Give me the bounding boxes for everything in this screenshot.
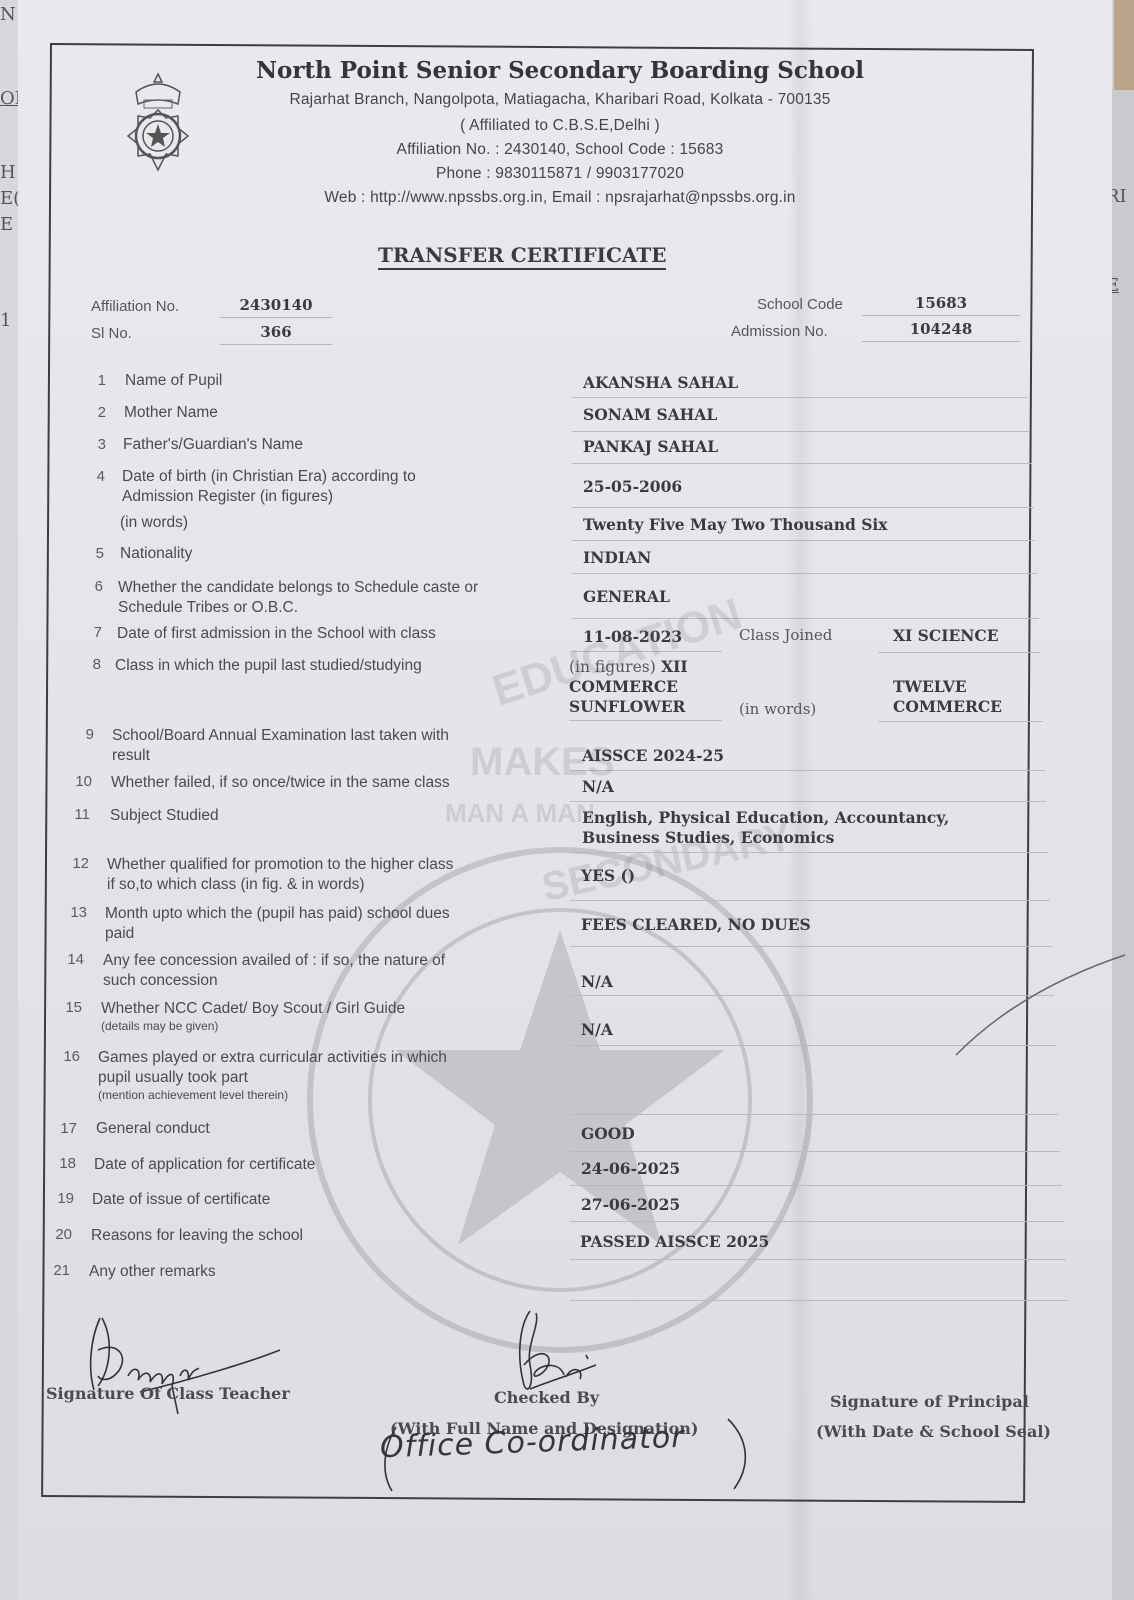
principal-signature-subtitle: (With Date & School Seal)	[816, 1422, 1051, 1441]
item-label-father-name: Father's/Guardian's Name	[123, 435, 303, 455]
value-class-joined: XI SCIENCE	[893, 626, 999, 646]
field-line	[570, 1045, 1056, 1046]
school-code-value: 15683	[862, 294, 1020, 316]
value-last-class-words: TWELVE COMMERCE	[893, 677, 1002, 717]
field-line	[570, 1185, 1062, 1186]
item-number: 8	[77, 656, 101, 673]
item-number: 4	[81, 468, 105, 485]
field-line	[878, 652, 1040, 653]
item-number: 5	[80, 545, 104, 562]
field-line	[570, 1300, 1068, 1301]
edge-text: E	[0, 214, 13, 235]
field-line	[570, 1259, 1066, 1260]
table-surface	[1114, 0, 1134, 90]
sl-no-label: Sl No.	[91, 325, 132, 342]
school-phone: Phone : 9830115871 / 9903177020	[200, 165, 920, 183]
edge-text: N	[0, 4, 16, 25]
item-label-category: Whether the candidate belongs to Schedul…	[118, 578, 478, 618]
item-number: 12	[65, 855, 89, 872]
in-words-label: (in words)	[739, 699, 816, 719]
admission-no-value: 104248	[862, 320, 1020, 342]
class-joined-label: Class Joined	[739, 625, 832, 645]
item-number: 11	[66, 806, 90, 823]
value-mother-name: SONAM SAHAL	[583, 405, 717, 425]
item-number: 15	[58, 999, 82, 1016]
checked-by-label: Checked By	[494, 1388, 599, 1407]
school-web-email: Web : http://www.npssbs.org.in, Email : …	[200, 189, 920, 207]
school-crest-star-icon	[122, 70, 194, 175]
field-line	[572, 431, 1030, 432]
item-label-last-exam: School/Board Annual Examination last tak…	[112, 726, 449, 766]
principal-signature-label: Signature of Principal	[830, 1392, 1029, 1411]
item-number: 9	[70, 726, 94, 743]
value-last-exam: AISSCE 2024-25	[582, 746, 724, 766]
value-category: GENERAL	[583, 587, 670, 607]
field-line	[570, 995, 1054, 996]
school-name: North Point Senior Secondary Boarding Sc…	[200, 57, 920, 84]
field-line	[569, 720, 722, 721]
field-line	[570, 770, 1045, 771]
item-label-mother-name: Mother Name	[124, 403, 218, 423]
value-promotion: YES ()	[581, 866, 635, 886]
item-label-other-remarks: Any other remarks	[89, 1262, 216, 1282]
item-number: 19	[50, 1190, 74, 1207]
item-label-issue-date: Date of issue of certificate	[92, 1190, 270, 1210]
item-label-fee-concession: Any fee concession availed of : if so, t…	[103, 951, 445, 991]
value-reason-leaving: PASSED AISSCE 2025	[580, 1232, 769, 1252]
field-line	[570, 1151, 1060, 1152]
value-name-of-pupil: AKANSHA SAHAL	[583, 373, 738, 393]
item-label-dob-words: (in words)	[120, 513, 188, 533]
value-dob-words: Twenty Five May Two Thousand Six	[583, 515, 888, 535]
item-number: 21	[46, 1262, 70, 1279]
field-line	[570, 900, 1050, 901]
value-ncc-scout: N/A	[581, 1020, 613, 1040]
field-line	[572, 573, 1037, 574]
school-affiliation-line: Affiliation No. : 2430140, School Code :…	[200, 141, 920, 159]
affiliation-no-label: Affiliation No.	[91, 298, 179, 315]
item-label-games-activities: Games played or extra curricular activit…	[98, 1048, 447, 1103]
edge-text: 1	[0, 310, 11, 331]
item-label-date-of-birth: Date of birth (in Christian Era) accordi…	[122, 467, 416, 507]
field-line	[570, 946, 1052, 947]
item-number: 10	[68, 773, 92, 790]
value-issue-date: 27-06-2025	[581, 1195, 680, 1215]
field-line	[570, 801, 1046, 802]
admission-no-label: Admission No.	[731, 323, 828, 340]
item-label-application-date: Date of application for certificate	[94, 1155, 315, 1175]
school-affiliation-board: ( Affiliated to C.B.S.E,Delhi )	[200, 117, 920, 135]
field-line	[878, 721, 1043, 722]
value-application-date: 24-06-2025	[581, 1159, 680, 1179]
field-line	[570, 852, 1048, 853]
field-line	[572, 651, 722, 652]
field-line	[572, 397, 1027, 398]
item-number: 17	[53, 1120, 77, 1137]
value-nationality: INDIAN	[583, 548, 651, 568]
value-fee-concession: N/A	[581, 972, 613, 992]
field-line	[572, 540, 1035, 541]
item-label-name-of-pupil: Name of Pupil	[125, 371, 222, 391]
field-line	[572, 463, 1032, 464]
item-label-failed: Whether failed, if so once/twice in the …	[111, 773, 450, 793]
item-number: 16	[56, 1048, 80, 1065]
affiliation-no-value: 2430140	[220, 296, 332, 318]
item-label-nationality: Nationality	[120, 544, 192, 564]
edge-text: H	[0, 162, 16, 183]
value-failed: N/A	[582, 777, 614, 797]
value-subjects: English, Physical Education, Accountancy…	[582, 808, 949, 848]
item-label-dues-paid: Month upto which the (pupil has paid) sc…	[105, 904, 450, 944]
document-title: TRANSFER CERTIFICATE	[378, 243, 666, 270]
item-label-general-conduct: General conduct	[96, 1119, 210, 1139]
item-label-subjects: Subject Studied	[110, 806, 219, 826]
item-number: 6	[79, 578, 103, 595]
field-line	[570, 1114, 1058, 1115]
sl-no-value: 366	[220, 323, 332, 345]
item-number: 7	[78, 624, 102, 641]
item-number: 1	[82, 372, 106, 389]
field-line	[570, 1221, 1064, 1222]
value-dues-paid: FEES CLEARED, NO DUES	[581, 915, 811, 935]
school-address: Rajarhat Branch, Nangolpota, Matiagacha,…	[200, 91, 920, 109]
item-number: 14	[60, 951, 84, 968]
item-label-promotion: Whether qualified for promotion to the h…	[107, 855, 453, 895]
item-label-ncc-scout: Whether NCC Cadet/ Boy Scout / Girl Guid…	[101, 999, 405, 1034]
value-general-conduct: GOOD	[581, 1124, 635, 1144]
value-last-class-figures: (in figures) XII COMMERCE SUNFLOWER	[569, 657, 688, 717]
value-father-name: PANKAJ SAHAL	[583, 437, 718, 457]
field-line	[572, 618, 1039, 619]
item-number: 18	[52, 1155, 76, 1172]
field-line	[572, 507, 1034, 508]
item-number: 3	[82, 436, 106, 453]
item-label-last-class: Class in which the pupil last studied/st…	[115, 656, 422, 676]
class-teacher-signature-label: Signature Of Class Teacher	[46, 1384, 290, 1403]
item-label-reason-leaving: Reasons for leaving the school	[91, 1226, 303, 1246]
value-first-admission-date: 11-08-2023	[583, 627, 682, 647]
item-number: 20	[48, 1226, 72, 1243]
item-label-first-admission: Date of first admission in the School wi…	[117, 624, 436, 644]
value-date-of-birth: 25-05-2006	[583, 477, 682, 497]
school-code-label: School Code	[757, 296, 843, 313]
item-number: 2	[82, 404, 106, 421]
item-number: 13	[63, 904, 87, 921]
